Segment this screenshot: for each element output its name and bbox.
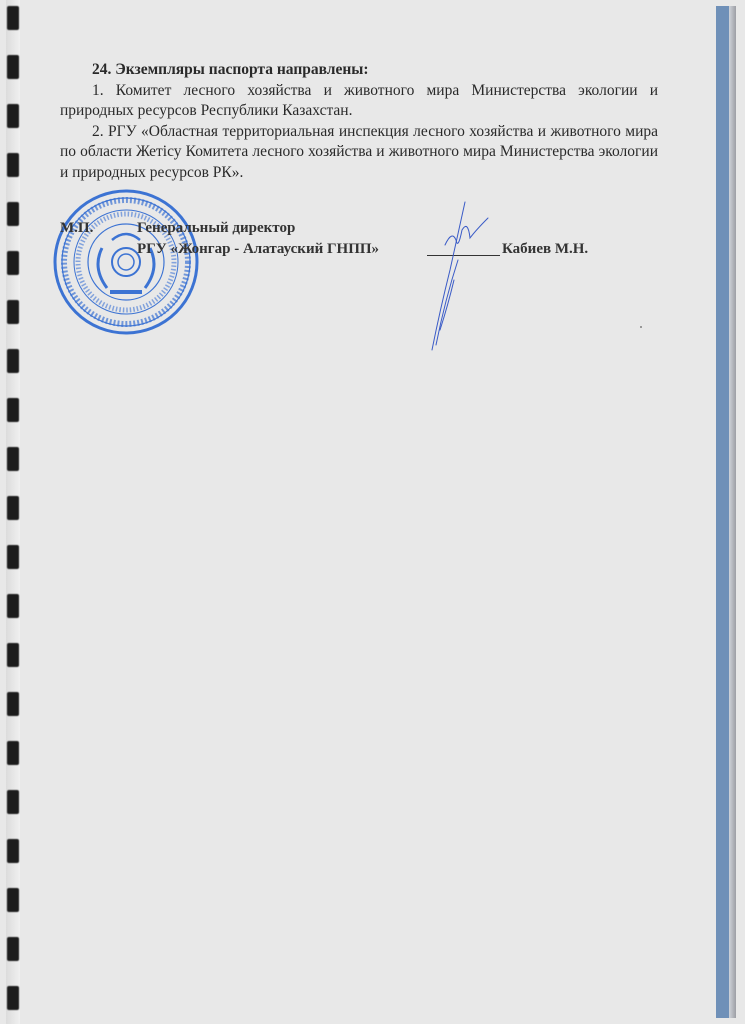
binding-hole xyxy=(7,349,19,373)
binding-hole xyxy=(7,447,19,471)
handwritten-signature-icon xyxy=(410,200,520,360)
binding-hole xyxy=(7,937,19,961)
binding-hole xyxy=(7,104,19,128)
seal-label: М.П. xyxy=(60,219,93,238)
binding-hole xyxy=(7,6,19,30)
binding-hole xyxy=(7,643,19,667)
binding-hole xyxy=(7,398,19,422)
signer-organization: РГУ «Жонгар - Алатауский ГНПП» xyxy=(137,240,379,259)
speck xyxy=(640,326,642,328)
page-edge-strip xyxy=(716,6,729,1018)
binding-hole xyxy=(7,251,19,275)
binding-hole xyxy=(7,55,19,79)
binding-hole xyxy=(7,594,19,618)
binding-hole xyxy=(7,790,19,814)
binding-hole xyxy=(7,202,19,226)
binding-hole xyxy=(7,692,19,716)
recipient-item-2: 2. РГУ «Областная территориальная инспек… xyxy=(60,122,658,184)
recipient-item-1: 1. Комитет лесного хозяйства и животного… xyxy=(60,81,658,122)
official-seal-icon xyxy=(52,188,200,336)
binding-hole xyxy=(7,839,19,863)
signer-position: Генеральный директор xyxy=(137,219,295,238)
binding-hole xyxy=(7,153,19,177)
binding-hole xyxy=(7,986,19,1010)
binding-hole xyxy=(7,545,19,569)
binding-hole xyxy=(7,888,19,912)
section-heading: 24. Экземпляры паспорта направлены: xyxy=(60,60,658,81)
binding-hole xyxy=(7,496,19,520)
document-body: 24. Экземпляры паспорта направлены: 1. К… xyxy=(60,60,658,183)
binding-hole xyxy=(7,300,19,324)
binding-hole xyxy=(7,741,19,765)
page-edge-shadow xyxy=(729,6,736,1018)
